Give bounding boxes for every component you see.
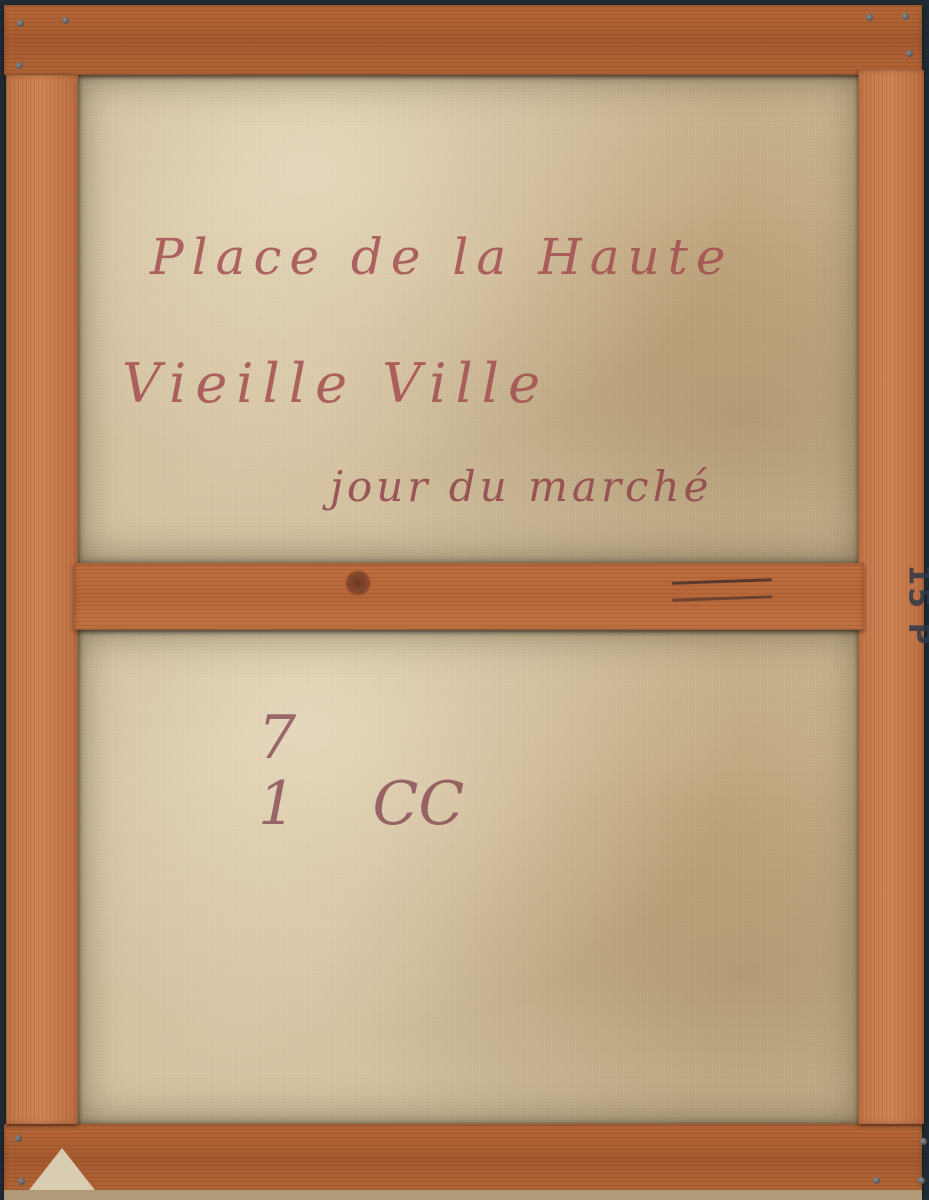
nail-icon <box>17 20 24 27</box>
canvas-lower-panel <box>78 630 862 1124</box>
stretcher-top-bar <box>4 5 922 75</box>
stretcher-left-bar <box>6 75 78 1124</box>
wood-knot <box>345 570 371 596</box>
canvas-corner-tab <box>26 1148 98 1194</box>
inscription-line-2: Vieille Ville <box>122 352 549 415</box>
inscription-line-3: jour du marché <box>330 462 712 511</box>
inscription-line-1: Place de la Haute <box>150 228 733 286</box>
canvas-folded-edge <box>4 1190 922 1200</box>
stretcher-bottom-bar <box>4 1124 922 1194</box>
nail-icon <box>902 13 909 20</box>
nail-icon <box>866 14 873 21</box>
nail-icon <box>16 62 23 69</box>
nail-icon <box>15 1135 22 1142</box>
lower-canvas-marks: 7 1 CC <box>258 705 464 837</box>
nail-icon <box>906 50 913 57</box>
painting-back-photo: Place de la Haute Vieille Ville jour du … <box>0 0 929 1200</box>
nail-icon <box>873 1177 880 1184</box>
pencil-strike-mark <box>672 578 773 601</box>
stretcher-size-stencil: 15 P <box>902 564 929 646</box>
nail-icon <box>18 1178 25 1185</box>
nail-icon <box>918 1177 925 1184</box>
nail-icon <box>920 1138 927 1145</box>
nail-icon <box>62 17 69 24</box>
